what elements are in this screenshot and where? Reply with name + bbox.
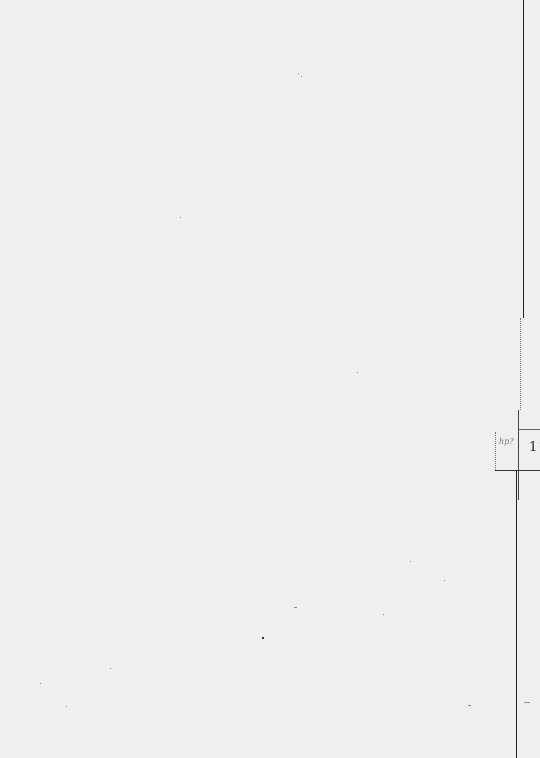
scan-speck <box>468 705 471 706</box>
scan-speck <box>40 683 41 684</box>
scanned-page: hp? 11 <box>0 0 540 758</box>
scan-speck <box>301 76 302 77</box>
scan-speck <box>383 614 384 615</box>
scan-speck <box>444 580 445 581</box>
margin-rule-upper <box>523 0 524 318</box>
bracket-top <box>518 429 540 430</box>
page-number-label: 11 <box>529 440 540 455</box>
scan-speck <box>410 561 411 562</box>
scan-speck <box>66 706 67 707</box>
margin-rule-faint <box>520 318 521 410</box>
scan-speck <box>180 217 181 218</box>
margin-note: hp? <box>499 437 514 446</box>
scan-speck <box>294 607 297 608</box>
scan-speck <box>524 702 530 703</box>
scan-speck <box>357 372 358 373</box>
scan-speck <box>298 73 299 74</box>
scan-speck <box>262 637 264 639</box>
note-box-left <box>495 432 496 470</box>
margin-rule-lower <box>516 470 517 758</box>
bracket-bottom <box>495 470 540 471</box>
bracket-mid-rule <box>518 410 519 500</box>
scan-speck <box>110 668 111 669</box>
